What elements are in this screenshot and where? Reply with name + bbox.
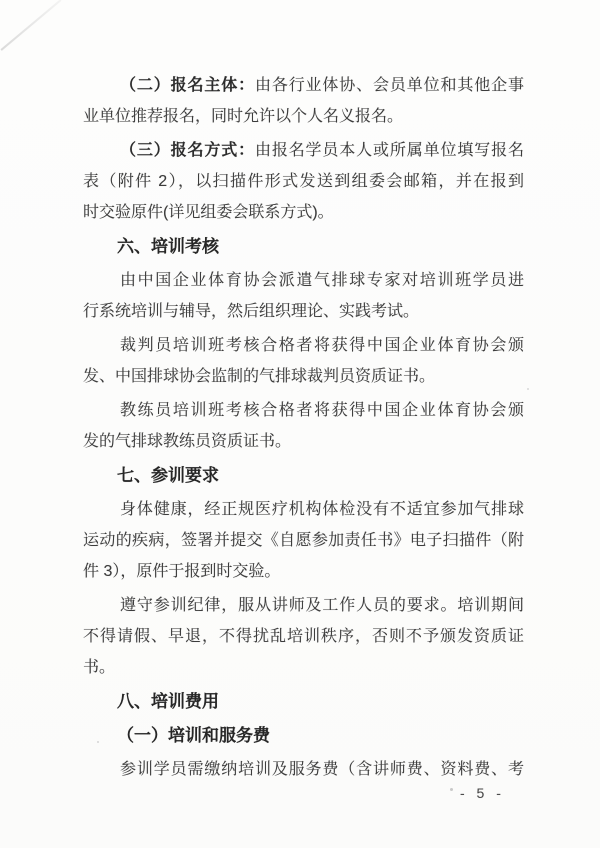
text-line: 业单位推荐报名，同时允许以个人名义报名。 bbox=[83, 101, 524, 132]
text-line: 参训学员需缴纳培训及服务费（含讲师费、资料费、考 bbox=[83, 754, 524, 785]
page-number: - 5 - bbox=[460, 785, 505, 801]
text-line: 教练员培训班考核合格者将获得中国企业体育协会颁 bbox=[83, 395, 524, 426]
text-line: 身体健康，经正规医疗机构体检没有不适宜参加气排球 bbox=[83, 494, 524, 525]
text-line: 由中国企业体育协会派遣气排球专家对培训班学员进 bbox=[83, 265, 524, 296]
paragraph-block: 裁判员培训班考核合格者将获得中国企业体育协会颁 发、中国排球协会监制的气排球裁判… bbox=[83, 330, 524, 392]
fold-crease-artifact bbox=[0, 0, 61, 51]
text-line: 表（附件 2），以扫描件形式发送到组委会邮箱，并在报到 bbox=[83, 166, 524, 197]
scan-speck bbox=[450, 788, 453, 791]
text-line: 遵守参训纪律，服从讲师及工作人员的要求。培训期间 bbox=[83, 590, 524, 621]
bold-lead: （二）报名主体： bbox=[120, 77, 255, 94]
paragraph-block: 身体健康，经正规医疗机构体检没有不适宜参加气排球 运动的疾病，签署并提交《自愿参… bbox=[83, 494, 524, 587]
document-content: （二）报名主体：由各行业体协、会员单位和其他企事 业单位推荐报名，同时允许以个人… bbox=[83, 70, 524, 785]
paragraph-block: 教练员培训班考核合格者将获得中国企业体育协会颁 发的气排球教练员资质证书。 bbox=[83, 395, 524, 457]
paragraph-block: 参训学员需缴纳培训及服务费（含讲师费、资料费、考 bbox=[83, 754, 524, 785]
section-heading: （一）培训和服务费 bbox=[83, 720, 524, 751]
section-heading: 六、培训考核 bbox=[83, 231, 524, 262]
section-heading: 七、参训要求 bbox=[83, 460, 524, 491]
text-line: 裁判员培训班考核合格者将获得中国企业体育协会颁 bbox=[83, 330, 524, 361]
text-line: （三）报名方式：由报名学员本人或所属单位填写报名 bbox=[83, 135, 524, 166]
text-line: 行系统培训与辅导，然后组织理论、实践考试。 bbox=[83, 296, 524, 327]
text-line: 运动的疾病，签署并提交《自愿参加责任书》电子扫描件（附 bbox=[83, 525, 524, 556]
paragraph-block: 由中国企业体育协会派遣气排球专家对培训班学员进 行系统培训与辅导，然后组织理论、… bbox=[83, 265, 524, 327]
paragraph-block: （三）报名方式：由报名学员本人或所属单位填写报名 表（附件 2），以扫描件形式发… bbox=[83, 135, 524, 228]
text-line: 件 3），原件于报到时交验。 bbox=[83, 556, 524, 587]
line-text: 由各行业体协、会员单位和其他企事 bbox=[255, 77, 524, 94]
scan-speck bbox=[527, 388, 529, 390]
text-line: 书。 bbox=[83, 652, 524, 683]
line-text: 由报名学员本人或所属单位填写报名 bbox=[255, 142, 524, 159]
text-line: 发的气排球教练员资质证书。 bbox=[83, 426, 524, 457]
section-heading: 八、培训费用 bbox=[83, 686, 524, 717]
text-line: 时交验原件(详见组委会联系方式)。 bbox=[83, 197, 524, 228]
text-line: 不得请假、早退，不得扰乱培训秩序，否则不予颁发资质证 bbox=[83, 621, 524, 652]
bold-lead: （三）报名方式： bbox=[120, 142, 255, 159]
text-line: 发、中国排球协会监制的气排球裁判员资质证书。 bbox=[83, 361, 524, 392]
paragraph-block: （二）报名主体：由各行业体协、会员单位和其他企事 业单位推荐报名，同时允许以个人… bbox=[83, 70, 524, 132]
text-line: （二）报名主体：由各行业体协、会员单位和其他企事 bbox=[83, 70, 524, 101]
paragraph-block: 遵守参训纪律，服从讲师及工作人员的要求。培训期间 不得请假、早退，不得扰乱培训秩… bbox=[83, 590, 524, 683]
document-page: （二）报名主体：由各行业体协、会员单位和其他企事 业单位推荐报名，同时允许以个人… bbox=[0, 0, 600, 848]
